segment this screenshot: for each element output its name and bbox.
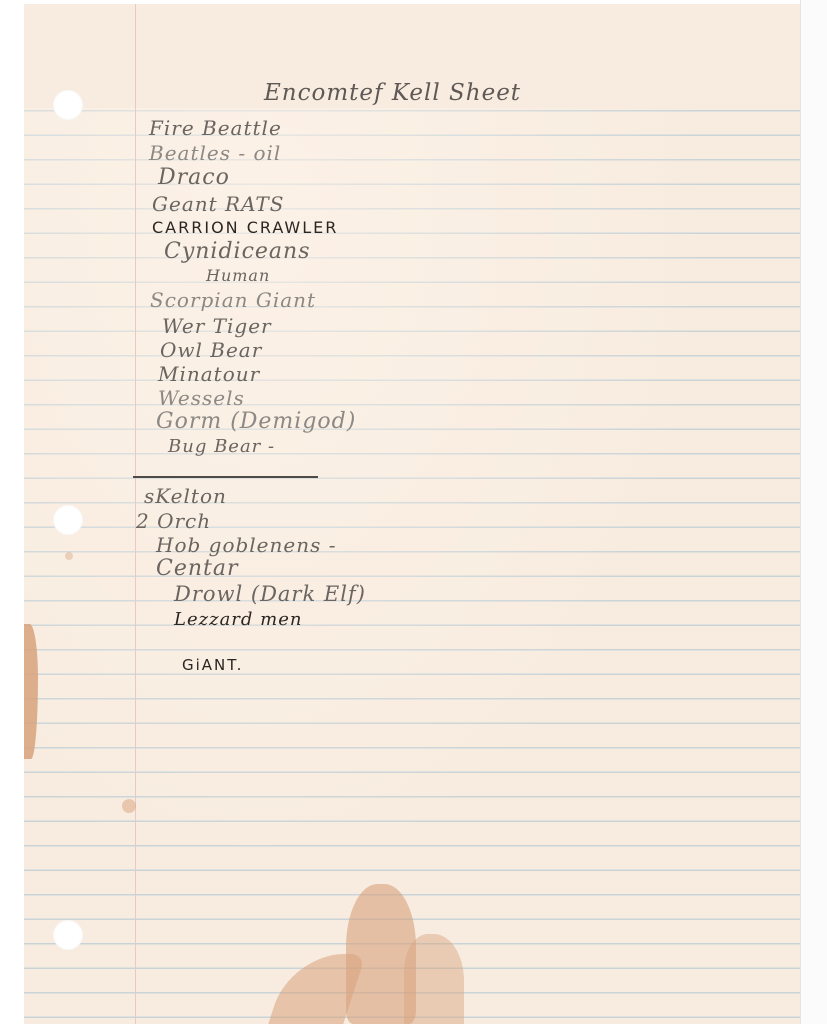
section-divider-line <box>133 476 318 478</box>
tiny-spot-stain <box>65 552 73 560</box>
entry-lezzard-men: Lezzard men <box>174 609 302 630</box>
entry-owl-bear: Owl Bear <box>160 338 262 362</box>
punch-hole-top <box>53 90 83 120</box>
entry-wer-tiger: Wer Tiger <box>162 314 272 338</box>
entry-hob-goblenens: Hob goblenens - <box>156 533 337 557</box>
entry-drowl-dark-elf: Drowl (Dark Elf) <box>174 582 366 606</box>
entry-giant: GiANT. <box>182 656 243 674</box>
entry-giant-rats: Geant RATS <box>152 192 284 216</box>
entry-scorpian-giant: Scorpian Giant <box>150 288 316 312</box>
small-spot-stain <box>122 799 136 813</box>
sheet-title: Encomtef Kell Sheet <box>264 80 521 106</box>
entry-skelton: sKelton <box>144 484 227 508</box>
entry-centar: Centar <box>156 556 239 581</box>
entry-gorm-demigod: Gorm (Demigod) <box>156 409 356 434</box>
entry-2-orch: 2 Orch <box>136 509 211 533</box>
scan-background-edge <box>800 0 827 1024</box>
notebook-page: Encomtef Kell Sheet Fire Beattle Beatles… <box>24 4 800 1024</box>
bottom-splash-stain-right <box>404 934 464 1024</box>
punch-hole-bottom <box>53 920 83 950</box>
entry-bug-bear: Bug Bear - <box>168 436 275 457</box>
entry-beatles-oil: Beatles - oil <box>149 141 281 165</box>
entry-minatour: Minatour <box>158 362 260 386</box>
entry-human: Human <box>206 266 270 285</box>
entry-cynidiceans: Cynidiceans <box>164 239 311 264</box>
entry-wessels: Wessels <box>158 386 245 410</box>
punch-hole-middle <box>53 505 83 535</box>
entry-carrion-crawler: CARRION CRAWLER <box>152 218 338 237</box>
entry-draco: Draco <box>158 165 230 190</box>
left-edge-stain <box>24 624 38 759</box>
entry-fire-beattle: Fire Beattle <box>149 116 282 140</box>
